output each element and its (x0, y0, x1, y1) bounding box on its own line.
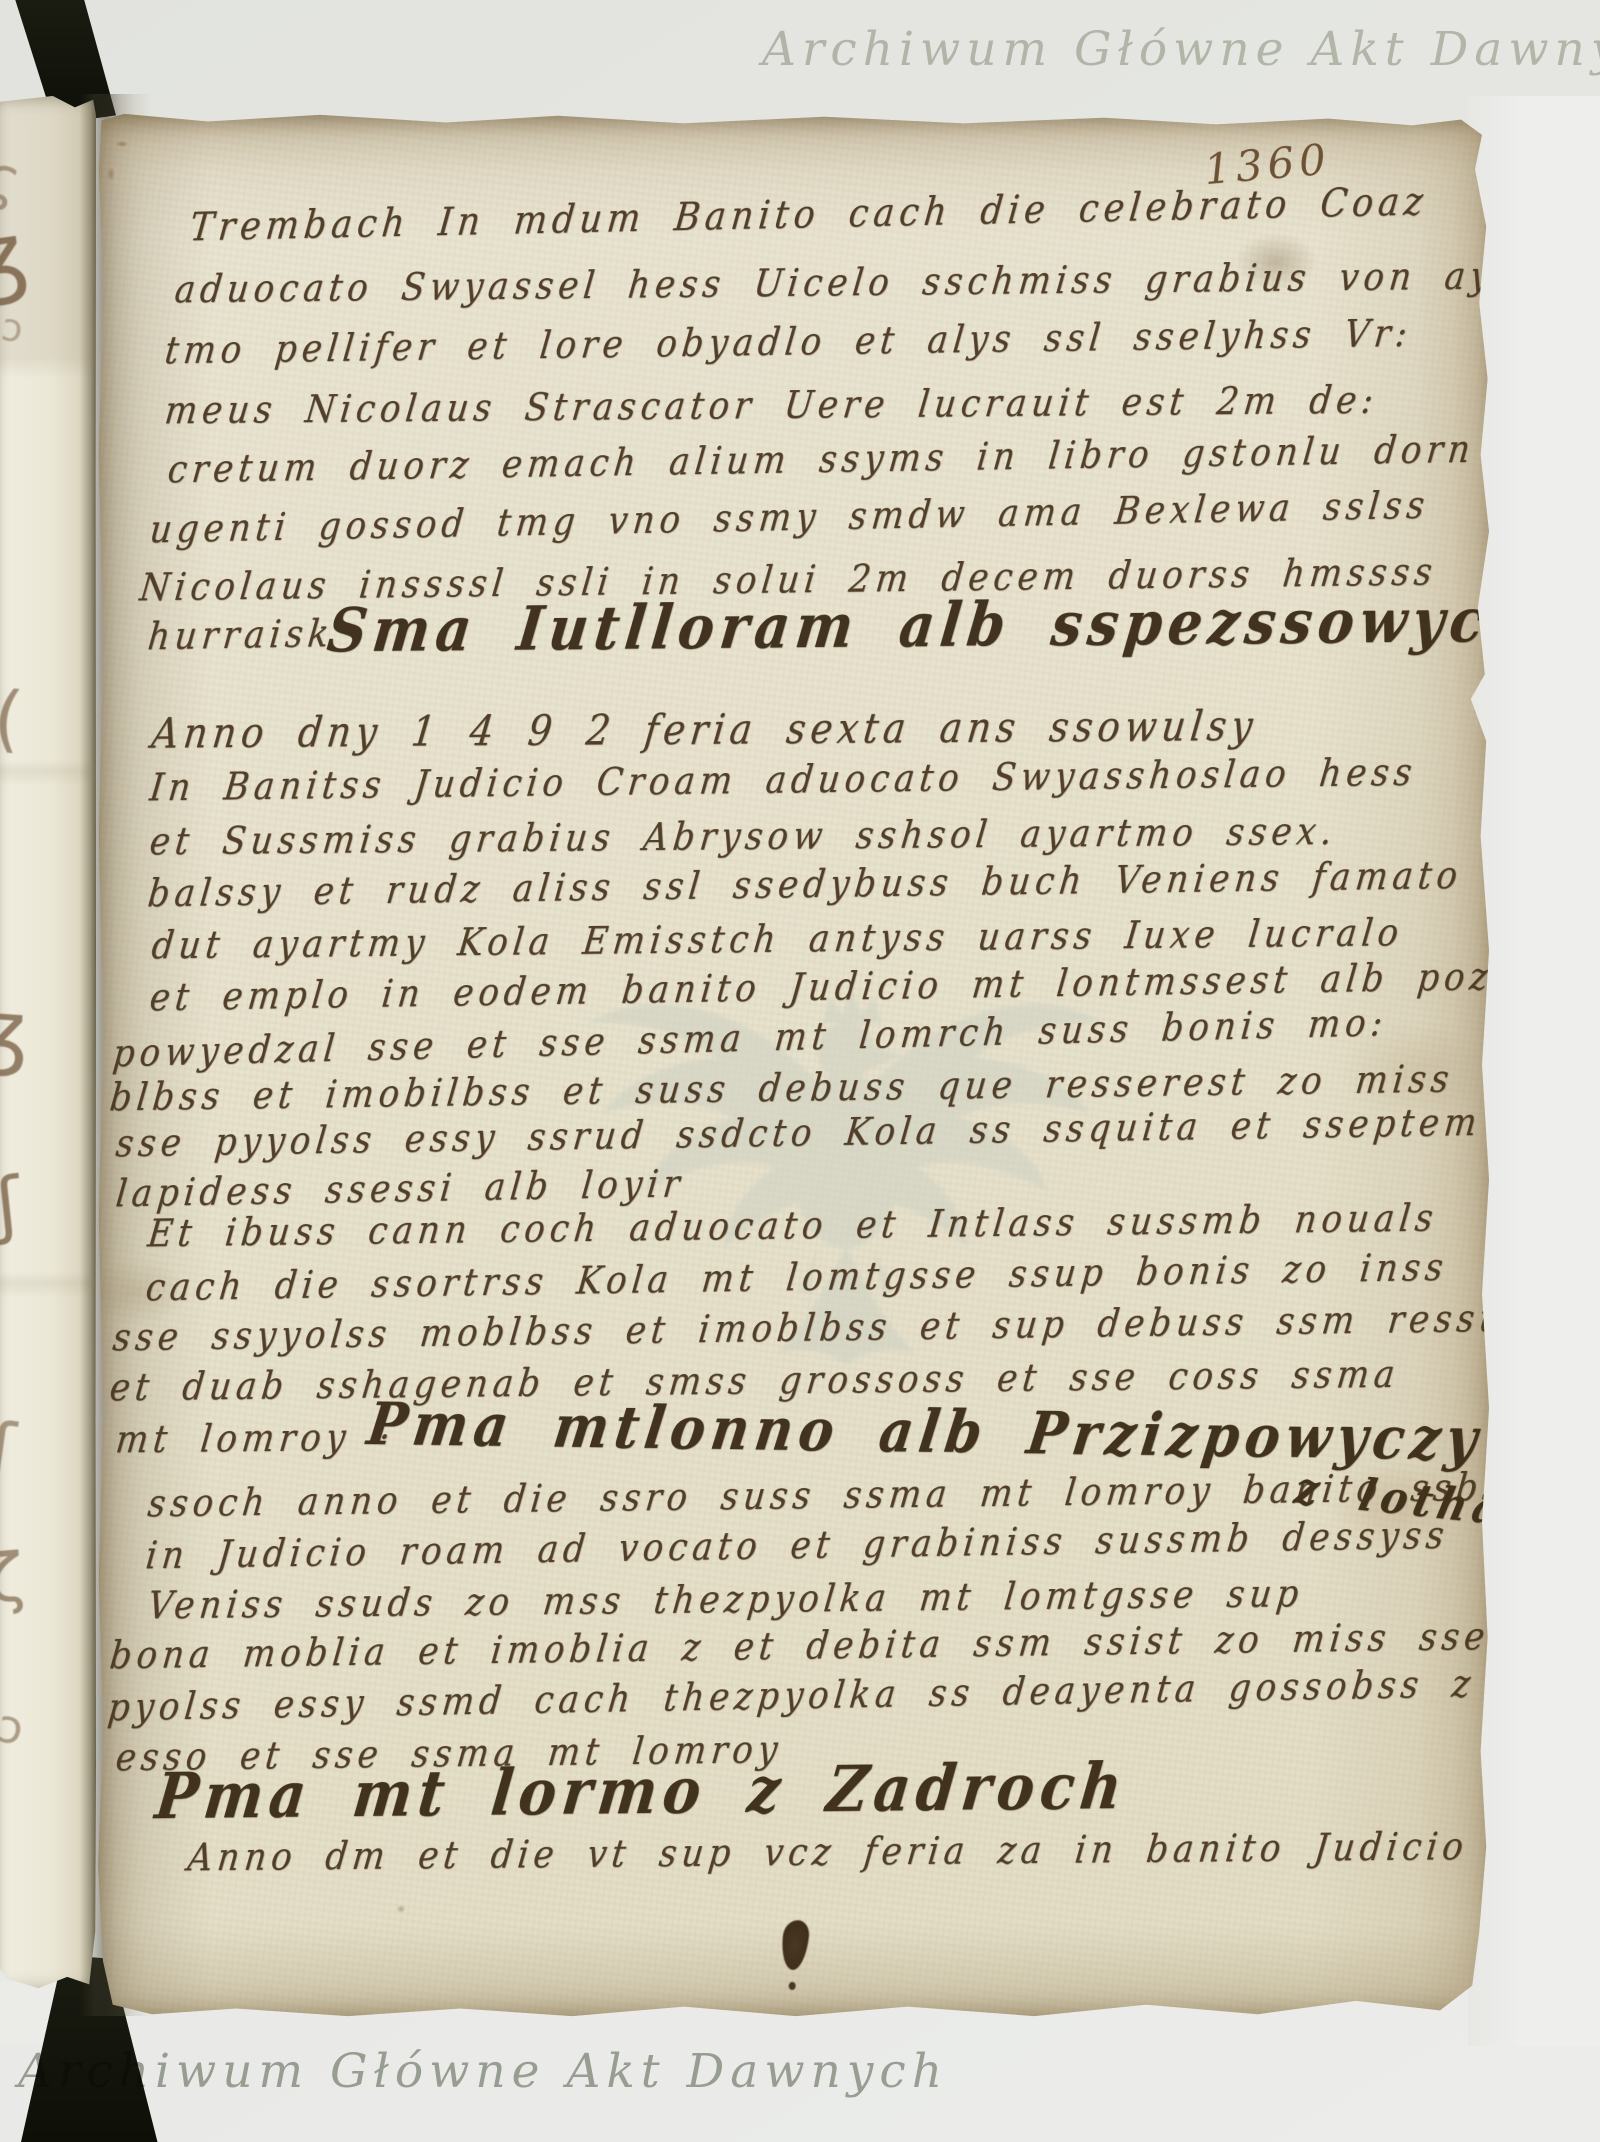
prev-page-ink-mark: ɔ (0, 305, 27, 352)
manuscript-text: Trembach In mdum Banito cach die celebra… (96, 112, 1496, 2018)
backing-sheet-right (1468, 96, 1600, 2046)
manuscript-line: cretum duorz emach alium ssyms in libro … (166, 427, 1478, 492)
manuscript-line: ugenti gossod tmg vno ssmy smdw ama Bexl… (148, 483, 1432, 552)
manuscript-line: Anno dm et die vt sup vcz feria za in ba… (185, 1824, 1470, 1880)
manuscript-line: meus Nicolaus Strascator Uere lucrauit e… (162, 378, 1380, 433)
manuscript-line: hurraisk (146, 611, 336, 659)
prev-page-ink-mark: ʒ (0, 201, 34, 310)
prev-page-ink-mark: ʒ (0, 982, 33, 1080)
manuscript-line: Trembach In mdum Banito cach die celebra… (188, 180, 1430, 251)
prev-page-ink-mark: ɔ (0, 1698, 29, 1756)
manuscript-line: Anno dny 1 4 9 2 feria sexta ans ssowuls… (149, 702, 1260, 758)
manuscript-line: tmo pellifer et lore obyadlo et alys ssl… (163, 311, 1415, 373)
manuscript-line: Pma mtlonno alb Przizpowyczy thzzpy (363, 1390, 1600, 1477)
manuscript-line: Sma Iutlloram alb sspezssowyczy Kola (324, 582, 1600, 666)
manuscript-line: mt lomroy · (113, 1415, 397, 1462)
archive-watermark-top: Archiwum Główne Akt Dawnych (762, 22, 1600, 77)
document-scan: ςʒɔ(ʒʃʃζɔ 1360 (0, 0, 1600, 2142)
manuscript-page: 1360 Trembach In mdum Banito cach die ce… (96, 112, 1496, 2018)
manuscript-line: aduocato Swyassel hess Uicelo sschmiss g… (172, 253, 1566, 312)
archive-watermark-bottom: Archiwum Główne Akt Dawnych (18, 2044, 948, 2099)
manuscript-line: et Sussmiss grabius Abrysow sshsol ayart… (147, 809, 1339, 864)
prev-page-ink-mark: ʃ (0, 1407, 19, 1491)
manuscript-line: Pma mt lormo z Zadroch (152, 1750, 1132, 1834)
prev-page-ink-mark: ( (0, 675, 26, 761)
prev-page-ink-mark: ʃ (0, 1161, 25, 1247)
manuscript-line: In Banitss Judicio Croam aduocato Swyass… (148, 750, 1419, 810)
prev-page-ink-mark: ζ (0, 1539, 27, 1619)
